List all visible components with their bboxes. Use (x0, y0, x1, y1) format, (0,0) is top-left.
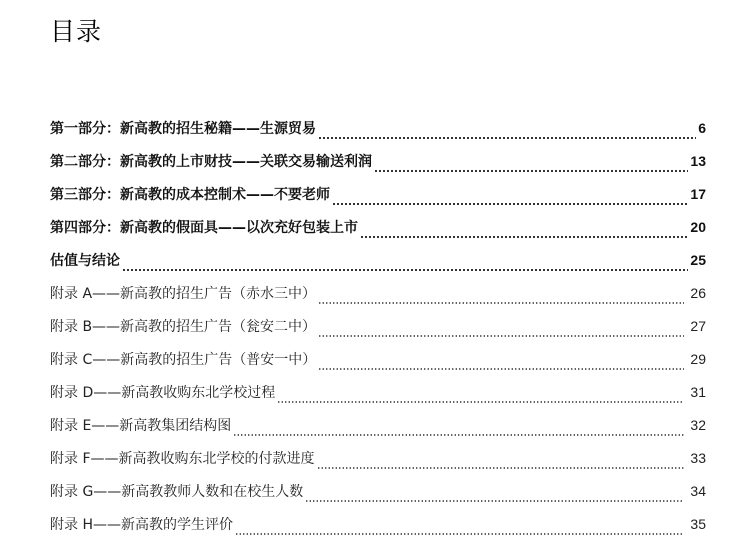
toc-entry-part-4[interactable]: 第四部分：新高教的假面具——以次充好包装上市 20 (50, 215, 706, 248)
toc-page-number[interactable]: 26 (690, 281, 706, 305)
dot-leader (318, 368, 684, 370)
toc-page-number[interactable]: 25 (690, 248, 706, 272)
toc-entry-label[interactable]: 附录 H——新高教的学生评价 (50, 513, 233, 537)
dot-leader (360, 236, 688, 238)
toc-entry-label[interactable]: 第三部分：新高教的成本控制术——不要老师 (50, 183, 330, 207)
toc-page-number[interactable]: 29 (690, 347, 706, 371)
toc-entry-part-2[interactable]: 第二部分：新高教的上市财技——关联交易输送利润 13 (50, 149, 706, 182)
dot-leader (122, 269, 688, 271)
toc-entry-appendix-g[interactable]: 附录 G——新高教教师人数和在校生人数 34 (50, 479, 706, 512)
toc-entry-valuation-conclusion[interactable]: 估值与结论 25 (50, 248, 706, 281)
toc-entry-label[interactable]: 第一部分：新高教的招生秘籍——生源贸易 (50, 117, 316, 141)
dot-leader (318, 335, 684, 337)
dot-leader (374, 170, 688, 172)
toc-entry-label[interactable]: 附录 C——新高教的招生广告（普安一中） (50, 348, 316, 372)
dot-leader (305, 500, 684, 502)
toc-entry-part-3[interactable]: 第三部分：新高教的成本控制术——不要老师 17 (50, 182, 706, 215)
toc-entry-part-1[interactable]: 第一部分：新高教的招生秘籍——生源贸易 6 (50, 116, 706, 149)
dot-leader (235, 533, 684, 535)
dot-leader (318, 302, 684, 304)
toc-entry-label[interactable]: 附录 E——新高教集团结构图 (50, 414, 231, 438)
toc-page-number[interactable]: 13 (690, 149, 706, 173)
dot-leader (233, 434, 684, 436)
toc-entry-label[interactable]: 附录 A——新高教的招生广告（赤水三中） (50, 282, 316, 306)
toc-entry-appendix-f[interactable]: 附录 F——新高教收购东北学校的付款进度 33 (50, 446, 706, 479)
toc-entry-label[interactable]: 第四部分：新高教的假面具——以次充好包装上市 (50, 216, 358, 240)
toc-page-number[interactable]: 31 (690, 380, 706, 404)
toc-page-number[interactable]: 17 (690, 182, 706, 206)
toc-page-number[interactable]: 33 (690, 446, 706, 470)
toc-entry-label[interactable]: 第二部分：新高教的上市财技——关联交易输送利润 (50, 150, 372, 174)
toc-page-number[interactable]: 34 (690, 479, 706, 503)
toc-entry-appendix-d[interactable]: 附录 D——新高教收购东北学校过程 31 (50, 380, 706, 413)
toc-page-number[interactable]: 27 (690, 314, 706, 338)
toc-entry-label[interactable]: 附录 G——新高教教师人数和在校生人数 (50, 480, 303, 504)
toc-entry-label[interactable]: 附录 D——新高教收购东北学校过程 (50, 381, 275, 405)
dot-leader (277, 401, 684, 403)
toc-page-number[interactable]: 32 (690, 413, 706, 437)
toc-entry-label[interactable]: 估值与结论 (50, 249, 120, 273)
toc-page-number[interactable]: 35 (690, 512, 706, 536)
toc-entry-label[interactable]: 附录 B——新高教的招生广告（瓮安二中） (50, 315, 316, 339)
toc-entry-appendix-a[interactable]: 附录 A——新高教的招生广告（赤水三中） 26 (50, 281, 706, 314)
table-of-contents: 第一部分：新高教的招生秘籍——生源贸易 6 第二部分：新高教的上市财技——关联交… (50, 116, 706, 545)
toc-entry-label[interactable]: 附录 F——新高教收购东北学校的付款进度 (50, 447, 315, 471)
toc-entry-appendix-e[interactable]: 附录 E——新高教集团结构图 32 (50, 413, 706, 446)
toc-entry-appendix-h[interactable]: 附录 H——新高教的学生评价 35 (50, 512, 706, 545)
toc-page-number[interactable]: 20 (690, 215, 706, 239)
toc-entry-appendix-c[interactable]: 附录 C——新高教的招生广告（普安一中） 29 (50, 347, 706, 380)
dot-leader (317, 467, 685, 469)
dot-leader (332, 203, 688, 205)
dot-leader (318, 137, 696, 139)
page-title: 目录 (50, 14, 102, 50)
toc-entry-appendix-b[interactable]: 附录 B——新高教的招生广告（瓮安二中） 27 (50, 314, 706, 347)
toc-page-number[interactable]: 6 (698, 116, 706, 140)
